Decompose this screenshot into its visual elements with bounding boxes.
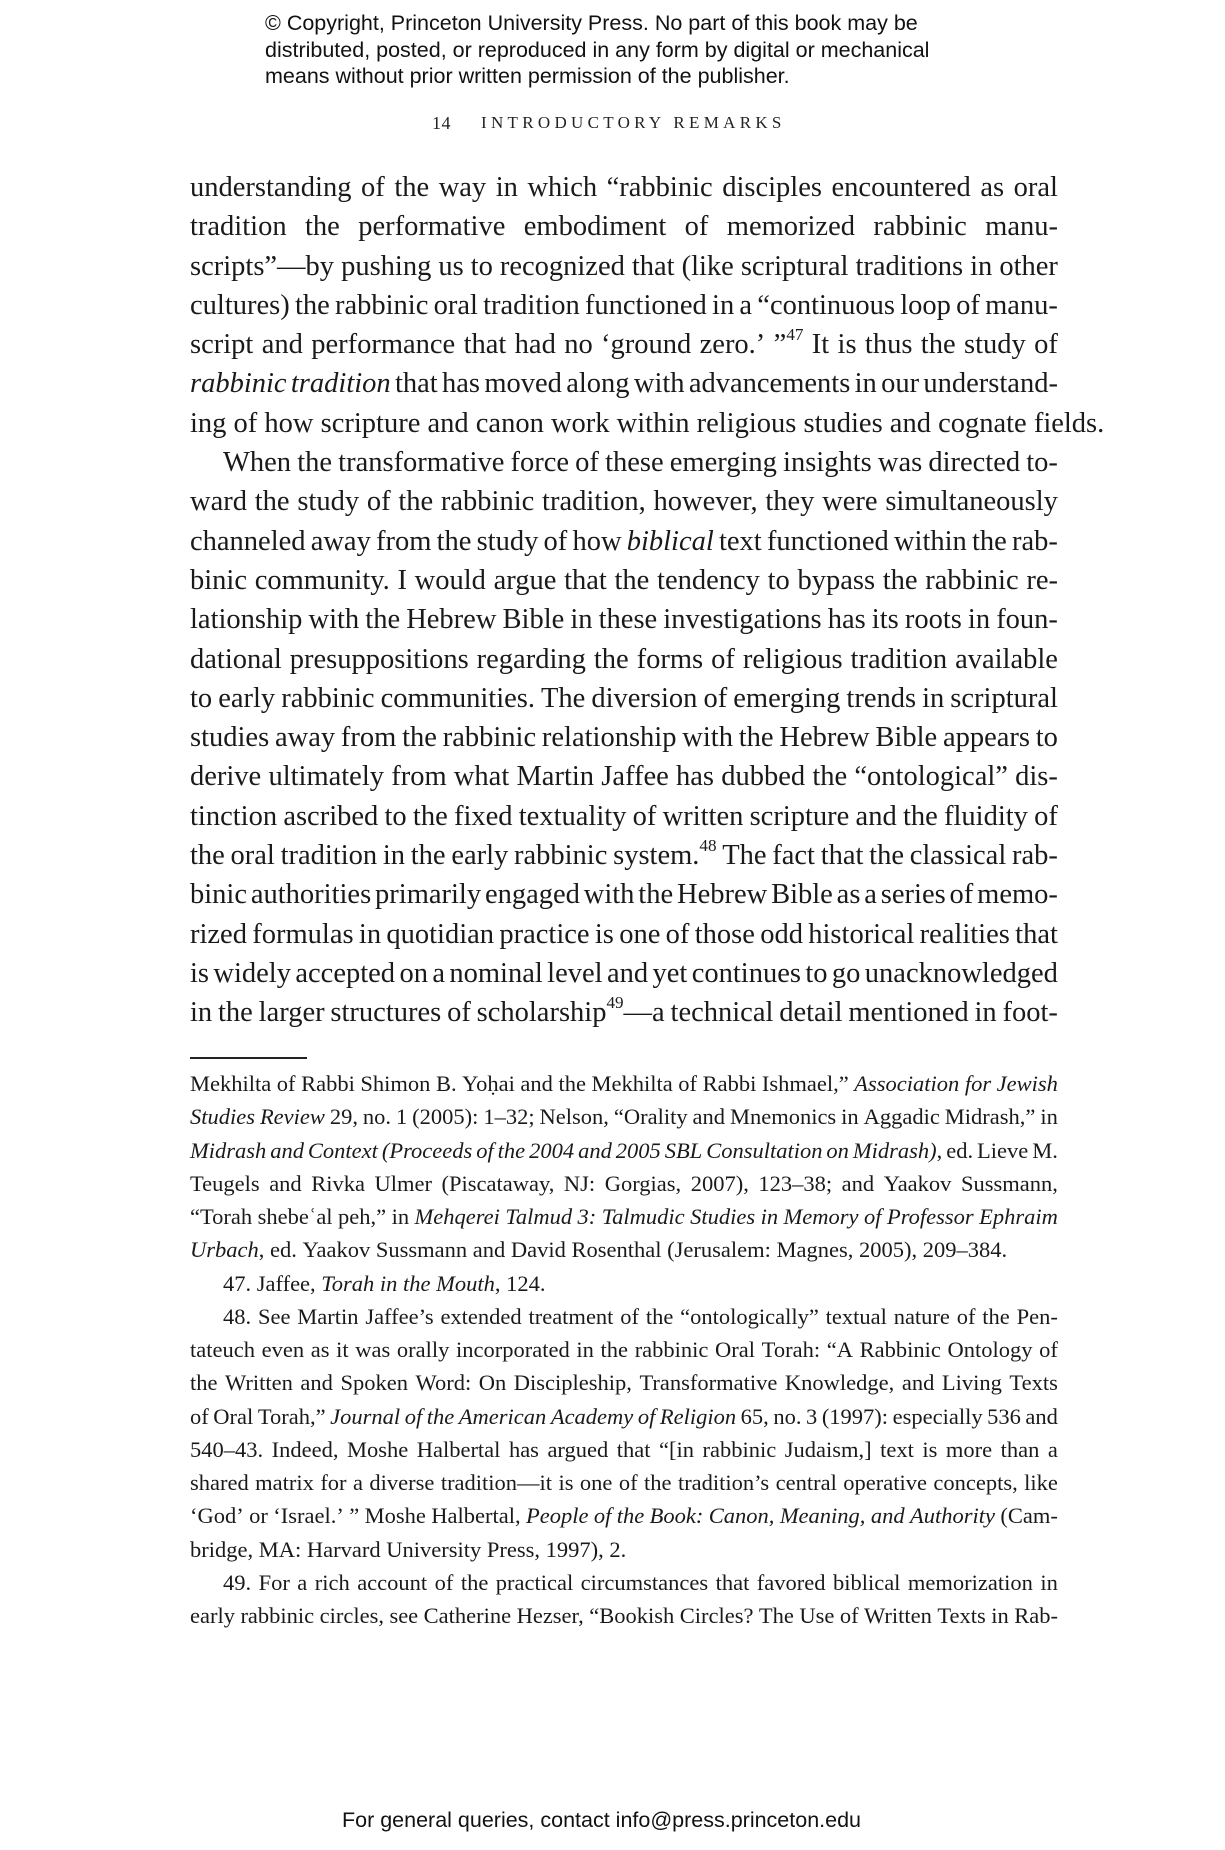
text: moved xyxy=(484,368,562,399)
text: as xyxy=(837,879,861,910)
text: fields. xyxy=(1034,408,1104,439)
text: treatment xyxy=(528,1304,613,1329)
text: forms xyxy=(637,644,704,675)
text: available xyxy=(955,644,1058,675)
text: would xyxy=(415,565,486,596)
text: Sussmann, xyxy=(961,1171,1058,1196)
text: the xyxy=(190,840,225,871)
text: studies xyxy=(190,722,269,753)
text: religious xyxy=(697,408,797,439)
text: performative xyxy=(358,211,505,242)
italic-text: the xyxy=(617,1503,645,1528)
text: to xyxy=(190,683,212,714)
italic-text: Urbach xyxy=(190,1237,259,1262)
footnote-line: earlyrabbiniccircles,seeCatherineHezser,… xyxy=(190,1599,1058,1632)
text: larger xyxy=(259,997,325,1028)
text: channeled xyxy=(190,526,306,557)
text: that xyxy=(395,368,438,399)
text: transformative xyxy=(338,447,504,478)
italic-text: Academy xyxy=(551,1404,633,1429)
text: realities xyxy=(920,919,1010,950)
text: the xyxy=(190,1370,218,1395)
italic-text: the xyxy=(427,1404,455,1429)
footnote-line: tateuchevenasitwasorallyincorporatedinth… xyxy=(190,1333,1058,1366)
text: Mekhilta xyxy=(190,1071,271,1096)
text: to xyxy=(385,801,407,832)
text: scriptural xyxy=(950,683,1058,714)
text: no xyxy=(564,329,593,360)
text: rab- xyxy=(1012,526,1058,557)
italic-text: Studies xyxy=(190,1104,255,1129)
text: textuality xyxy=(519,801,627,832)
text: 2. xyxy=(609,1537,626,1562)
text: central xyxy=(776,1470,837,1495)
italic-text: the xyxy=(498,1138,526,1163)
text: fluidity xyxy=(944,801,1028,832)
text: and xyxy=(473,1237,506,1262)
text: in xyxy=(841,1104,859,1129)
text: of xyxy=(950,879,974,910)
text: of xyxy=(840,1603,859,1628)
text: rabbinic xyxy=(281,683,374,714)
italic-text: Mehqerei xyxy=(415,1204,500,1229)
text: Rabbi xyxy=(703,1071,757,1096)
italic-text: and xyxy=(578,1138,612,1163)
text: Teugels xyxy=(190,1171,260,1196)
footer-contact: For general queries, contact info@press.… xyxy=(342,1807,861,1833)
italic-text: the xyxy=(403,1271,431,1296)
body-line: studiesawayfromtherabbinicrelationshipwi… xyxy=(190,718,1058,757)
text: that xyxy=(464,329,507,360)
text: to xyxy=(1036,722,1058,753)
body-line: inthelargerstructuresofscholarship49—ate… xyxy=(190,993,1058,1032)
text: (like xyxy=(682,251,734,282)
text: lationship xyxy=(190,604,302,635)
text: of xyxy=(678,1071,697,1096)
text: favored xyxy=(757,1570,826,1595)
page-number: 14 xyxy=(432,113,451,134)
text: they xyxy=(765,486,814,517)
text: ‘ground xyxy=(601,329,691,360)
text: the xyxy=(921,329,956,360)
footnote-line: TeugelsandRivkaUlmer(Piscataway,NJ:Gorgi… xyxy=(190,1167,1058,1200)
text: early xyxy=(218,683,275,714)
text: the xyxy=(812,761,847,792)
text: these xyxy=(599,604,658,635)
text: with xyxy=(634,368,685,399)
text: the xyxy=(255,486,290,517)
italic-text: rabbinic xyxy=(190,368,287,399)
text: (Jerusalem: xyxy=(667,1237,771,1262)
text: of xyxy=(685,211,709,242)
text: tradition xyxy=(281,840,378,871)
text: dubbed xyxy=(721,761,805,792)
text: especially xyxy=(893,1404,983,1429)
text: had xyxy=(515,329,556,360)
text: circles, xyxy=(320,1603,384,1628)
text: in xyxy=(383,840,405,871)
text: of xyxy=(367,486,391,517)
text: encountered xyxy=(832,172,971,203)
text: with xyxy=(584,879,635,910)
text: work xyxy=(551,408,610,439)
text: trends xyxy=(846,683,916,714)
text: how xyxy=(572,526,621,557)
text: what xyxy=(454,761,509,792)
text: however, xyxy=(654,486,758,517)
text: of xyxy=(711,644,735,675)
text: Sussmann xyxy=(376,1237,467,1262)
text: the xyxy=(972,526,1007,557)
text: zero.’ xyxy=(700,329,766,360)
text: of xyxy=(619,1470,638,1495)
body-line: wardthestudyoftherabbinictradition,howev… xyxy=(190,482,1058,521)
text: authorities xyxy=(251,879,371,910)
text: rabbinic xyxy=(443,722,536,753)
text: the xyxy=(646,1304,674,1329)
italic-text: People xyxy=(526,1503,588,1528)
text: understand- xyxy=(923,368,1058,399)
text: religious xyxy=(743,644,843,675)
footnote-line: MidrashandContext(Proceedsofthe2004and20… xyxy=(190,1134,1058,1167)
italic-text: Ephraim xyxy=(979,1204,1058,1229)
text: a xyxy=(739,290,752,321)
text: study xyxy=(477,526,539,557)
text: Hebrew xyxy=(677,879,767,910)
text: ward xyxy=(190,486,247,517)
text: in xyxy=(975,997,997,1028)
text: Bible xyxy=(771,879,833,910)
italic-text: biblical xyxy=(627,526,714,557)
text: Yaakov xyxy=(884,1171,952,1196)
italic-text: tradition xyxy=(291,368,391,399)
text: memorization xyxy=(908,1570,1033,1595)
text: appears xyxy=(943,722,1030,753)
text: within xyxy=(617,408,690,439)
body-line: theoraltraditionintheearlyrabbinicsystem… xyxy=(190,836,1058,875)
text: textual xyxy=(826,1304,887,1329)
text: the xyxy=(394,172,429,203)
text: ” xyxy=(774,329,787,360)
text: Nelson, xyxy=(540,1104,609,1129)
footnote-line: 540–43.Indeed,MosheHalbertalhasarguedtha… xyxy=(190,1433,1058,1466)
text: biblical xyxy=(833,1570,900,1595)
text: studies xyxy=(804,408,883,439)
text: Circles? xyxy=(680,1603,754,1628)
italic-text: of xyxy=(638,1404,656,1429)
text: oral xyxy=(1014,172,1058,203)
italic-text: Meaning, xyxy=(780,1503,866,1528)
italic-text: Journal xyxy=(330,1404,400,1429)
text: (1997): xyxy=(822,1404,888,1429)
text: the xyxy=(411,840,446,871)
text: matrix xyxy=(255,1470,314,1495)
text: University xyxy=(386,1537,481,1562)
text: is xyxy=(595,919,614,950)
text: early xyxy=(190,1603,235,1628)
text: see xyxy=(389,1603,418,1628)
text: 48. xyxy=(223,1304,251,1329)
text: foot- xyxy=(1003,997,1058,1028)
text: rabbinic xyxy=(441,486,534,517)
text: of xyxy=(1034,329,1058,360)
italic-text: Book: xyxy=(650,1503,704,1528)
text: or xyxy=(249,1503,268,1528)
text: Moshe xyxy=(365,1503,426,1528)
text: Lieve xyxy=(977,1138,1028,1163)
text: in xyxy=(968,604,990,635)
footnote-ref: 48 xyxy=(699,836,716,855)
text: and xyxy=(427,408,468,439)
text: and xyxy=(890,408,931,439)
text: in xyxy=(1040,1570,1058,1595)
text: of xyxy=(1034,801,1058,832)
text: and xyxy=(269,1171,302,1196)
text: the xyxy=(638,879,673,910)
text: of xyxy=(435,1570,454,1595)
text: manu- xyxy=(985,290,1058,321)
text: the xyxy=(398,486,433,517)
text: and xyxy=(902,1370,935,1395)
text: ed. xyxy=(270,1237,297,1262)
text: no. xyxy=(363,1104,391,1129)
text: tradition xyxy=(190,211,287,242)
text: “ontological” xyxy=(854,761,1008,792)
text: I xyxy=(397,565,407,596)
text: regarding xyxy=(477,644,586,675)
text: “Bookish xyxy=(589,1603,674,1628)
text: incorporated xyxy=(456,1337,570,1362)
text: the xyxy=(739,722,774,753)
text: Rabbinic xyxy=(860,1337,941,1362)
text: that xyxy=(617,1437,651,1462)
text: were xyxy=(822,486,877,517)
footnote-line: 49.Forarichaccountofthepracticalcircumst… xyxy=(190,1566,1058,1599)
text: is xyxy=(558,1470,573,1495)
text: from xyxy=(376,526,431,557)
text: the xyxy=(461,1570,489,1595)
text: Living xyxy=(942,1370,1002,1395)
text: , xyxy=(259,1237,265,1262)
text: and xyxy=(693,1104,726,1129)
text: Jaffee xyxy=(601,761,669,792)
text: within xyxy=(894,526,967,557)
text: “[in xyxy=(659,1437,694,1462)
text: is xyxy=(838,329,857,360)
text: emerging xyxy=(733,683,840,714)
text: Harvard xyxy=(307,1537,381,1562)
body-line: rabbinictraditionthathasmovedalongwithad… xyxy=(190,364,1058,403)
text: in xyxy=(576,1337,594,1362)
text: 3 xyxy=(806,1404,817,1429)
text: with xyxy=(309,604,360,635)
text: rabbinic xyxy=(702,1437,776,1462)
text: relationship xyxy=(542,722,677,753)
text: Hebrew xyxy=(406,604,496,635)
text: Discipleship, xyxy=(514,1370,632,1395)
body-line: scripts”—bypushingustorecognizedthat(lik… xyxy=(190,247,1058,286)
text: rabbinic xyxy=(514,840,607,871)
italic-text: Torah xyxy=(321,1271,374,1296)
text: the xyxy=(982,1304,1010,1329)
text: For xyxy=(259,1570,290,1595)
text: oral xyxy=(434,290,478,321)
text: Oral xyxy=(715,1337,755,1362)
text: foun- xyxy=(996,604,1058,635)
text: ‘God’ xyxy=(190,1503,244,1528)
text: of xyxy=(190,1404,209,1429)
text: has xyxy=(442,368,480,399)
italic-text: (Proceeds xyxy=(382,1138,472,1163)
text: engaged xyxy=(485,879,580,910)
italic-text: and xyxy=(270,1138,304,1163)
text: was xyxy=(355,1337,390,1362)
text: ‘Israel.’ xyxy=(273,1503,344,1528)
body-line: cultures)therabbinicoraltraditionfunctio… xyxy=(190,286,1058,325)
text: “Torah xyxy=(190,1204,252,1229)
text: functioned xyxy=(767,526,889,557)
text: Torah,” xyxy=(258,1404,326,1429)
text: of xyxy=(447,997,471,1028)
italic-text: SBL xyxy=(665,1138,703,1163)
text: dis- xyxy=(1015,761,1058,792)
text: of xyxy=(957,1304,976,1329)
text: with xyxy=(682,722,733,753)
text: Catherine xyxy=(424,1603,511,1628)
text: and xyxy=(607,958,648,989)
text: Written xyxy=(864,1603,932,1628)
text: a xyxy=(864,879,877,910)
text: Hebrew xyxy=(779,722,869,753)
body-line: channeledawayfromthestudyofhowbiblicalte… xyxy=(190,522,1058,561)
text: Midrash,” xyxy=(945,1104,1036,1129)
text: Moshe xyxy=(347,1437,408,1462)
text: recognized xyxy=(500,251,625,282)
body-line: binicauthoritiesprimarilyengagedwiththeH… xyxy=(190,875,1058,914)
text: simultaneously xyxy=(885,486,1058,517)
text: the xyxy=(413,801,448,832)
text: advancements xyxy=(689,368,850,399)
text: Word: xyxy=(416,1370,472,1395)
text: Rab- xyxy=(1014,1603,1058,1628)
text: Transformative xyxy=(639,1370,777,1395)
text: performance xyxy=(311,329,455,360)
text: The xyxy=(722,840,766,871)
text: text xyxy=(880,1437,914,1462)
text: those xyxy=(695,919,755,950)
text: of xyxy=(1039,1337,1058,1362)
text: written xyxy=(663,801,744,832)
chapter-title: INTRODUCTORY REMARKS xyxy=(481,113,786,133)
body-text: understandingofthewayinwhich“rabbinicdis… xyxy=(190,168,1058,1033)
italic-text: Association xyxy=(854,1071,959,1096)
text: of xyxy=(361,172,385,203)
text: the xyxy=(903,801,938,832)
text: Judaism,] xyxy=(785,1437,872,1462)
text: even xyxy=(262,1337,304,1362)
text: concepts, xyxy=(933,1470,1017,1495)
text: in xyxy=(570,604,592,635)
text: operative xyxy=(843,1470,927,1495)
text: derive xyxy=(190,761,261,792)
italic-text: Studies xyxy=(690,1204,755,1229)
text: scholarship xyxy=(477,997,607,1028)
text: the xyxy=(365,604,400,635)
footnote-line: ‘God’or‘Israel.’”MosheHalbertal,Peopleof… xyxy=(190,1499,1058,1532)
body-line: Whenthetransformativeforceoftheseemergin… xyxy=(190,443,1058,482)
text: the xyxy=(869,840,904,871)
text: the xyxy=(305,211,340,242)
text: Torah: xyxy=(762,1337,820,1362)
text: of xyxy=(575,447,599,478)
text: the xyxy=(402,722,437,753)
text: 49. xyxy=(223,1570,251,1595)
body-line: toearlyrabbiniccommunities.Thediversiono… xyxy=(190,679,1058,718)
text: of xyxy=(956,290,980,321)
text: in xyxy=(359,919,381,950)
text: that xyxy=(716,1570,750,1595)
text: rabbinic xyxy=(240,1603,314,1628)
text: us xyxy=(438,251,463,282)
text: manu- xyxy=(985,211,1058,242)
text: Knowledge, xyxy=(785,1370,894,1395)
footnote-line: bridge, MA: Harvard University Press, 19… xyxy=(190,1533,1058,1566)
text: force xyxy=(511,447,570,478)
text: one xyxy=(580,1470,613,1495)
text: mentioned xyxy=(848,997,968,1028)
italic-text: Context xyxy=(308,1138,378,1163)
text: more xyxy=(946,1437,992,1462)
text: rab- xyxy=(1012,840,1058,871)
text: and xyxy=(520,1071,553,1096)
text: tradition—it xyxy=(441,1470,552,1495)
text: nominal xyxy=(449,958,542,989)
body-line: scriptandperformancethathadno‘groundzero… xyxy=(190,325,1058,364)
text: , xyxy=(937,1138,943,1163)
text: Ulmer xyxy=(375,1171,432,1196)
italic-text: 2004 xyxy=(529,1138,574,1163)
text: in xyxy=(922,683,944,714)
text: 65, xyxy=(741,1404,769,1429)
text: of xyxy=(234,408,258,439)
text: cultures) xyxy=(190,290,290,321)
text: Indeed, xyxy=(272,1437,339,1462)
text: Halbertal, xyxy=(431,1503,520,1528)
text: investigations xyxy=(663,604,821,635)
italic-text: of xyxy=(476,1138,494,1163)
text: script xyxy=(190,329,253,360)
text: Mnemonics xyxy=(730,1104,836,1129)
italic-text: Memory xyxy=(784,1204,859,1229)
text: the xyxy=(594,644,629,675)
italic-text: on xyxy=(826,1138,849,1163)
italic-text: Review xyxy=(260,1104,325,1129)
text: and xyxy=(856,801,897,832)
text: technical xyxy=(671,997,774,1028)
text: ing xyxy=(190,408,226,439)
text: our xyxy=(881,368,919,399)
text: the xyxy=(883,565,918,596)
text: NJ: xyxy=(564,1171,595,1196)
text: memo- xyxy=(977,879,1058,910)
italic-text: Consultation xyxy=(706,1138,822,1163)
footnote-line: ofOralTorah,”JournaloftheAmericanAcademy… xyxy=(190,1400,1058,1433)
text: cognate xyxy=(938,408,1027,439)
footnote-ref: 47 xyxy=(786,325,803,344)
text: tradition’s xyxy=(678,1470,769,1495)
italic-text: 2005 xyxy=(616,1138,661,1163)
text: functioned xyxy=(585,290,707,321)
